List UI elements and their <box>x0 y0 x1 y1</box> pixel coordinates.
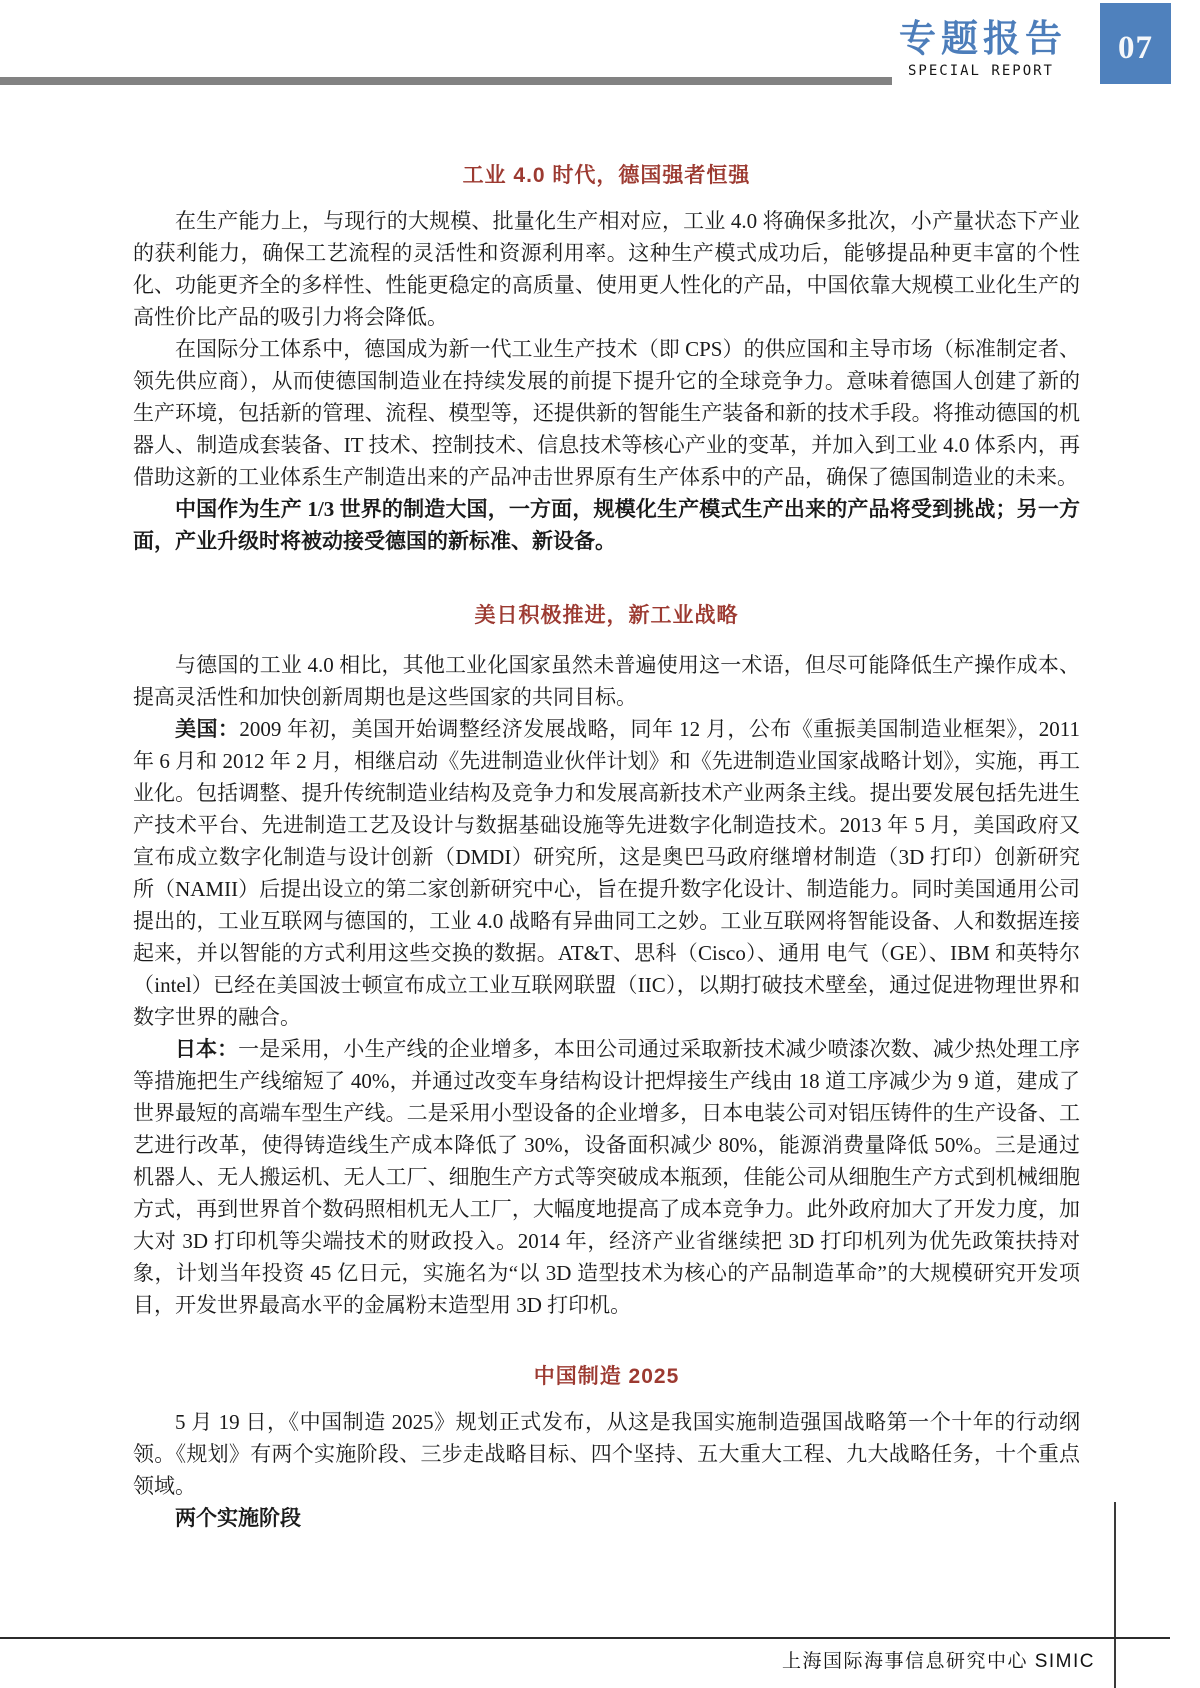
report-type-subtitle: SPECIAL REPORT <box>908 63 1054 79</box>
paragraph: 与德国的工业 4.0 相比，其他工业化国家虽然未普遍使用这一术语，但尽可能降低生… <box>133 649 1080 713</box>
paragraph: 中国作为生产 1/3 世界的制造大国，一方面，规模化生产模式生产出来的产品将受到… <box>133 493 1080 557</box>
report-section: 工业 4.0 时代，德国强者恒强在生产能力上，与现行的大规模、批量化生产相对应，… <box>133 161 1080 557</box>
section-heading: 美日积极推进，新工业战略 <box>133 601 1080 631</box>
paragraph-lead: 美国： <box>175 717 239 741</box>
paragraph: 在国际分工体系中，德国成为新一代工业生产技术（即 CPS）的供应国和主导市场（标… <box>133 333 1080 493</box>
paragraph: 5 月 19 日，《中国制造 2025》规划正式发布，从这是我国实施制造强国战略… <box>133 1406 1080 1502</box>
report-section: 中国制造 20255 月 19 日，《中国制造 2025》规划正式发布，从这是我… <box>133 1362 1080 1534</box>
footer-organization: 上海国际海事信息研究中心 SIMIC <box>782 1646 1095 1673</box>
document-body: 工业 4.0 时代，德国强者恒强在生产能力上，与现行的大规模、批量化生产相对应，… <box>133 85 1080 1534</box>
paragraph: 在生产能力上，与现行的大规模、批量化生产相对应，工业 4.0 将确保多批次，小产… <box>133 205 1080 333</box>
report-type-title: 专题报告 <box>899 18 1067 60</box>
report-page: 专题报告 SPECIAL REPORT 07 工业 4.0 时代，德国强者恒强在… <box>0 0 1200 1688</box>
paragraph: 美国：2009 年初，美国开始调整经济发展战略，同年 12 月，公布《重振美国制… <box>133 713 1080 1033</box>
header-rule <box>0 77 892 85</box>
section-heading: 工业 4.0 时代，德国强者恒强 <box>133 161 1080 191</box>
report-section: 美日积极推进，新工业战略与德国的工业 4.0 相比，其他工业化国家虽然未普遍使用… <box>133 601 1080 1321</box>
margin-rule <box>1114 1502 1116 1688</box>
page-number-badge: 07 <box>1100 3 1171 84</box>
paragraph: 两个实施阶段 <box>133 1502 1080 1534</box>
page-number: 07 <box>1118 30 1153 67</box>
footer-rule <box>0 1637 1170 1639</box>
paragraph: 日本：一是采用，小生产线的企业增多，本田公司通过采取新技术减少喷漆次数、减少热处… <box>133 1033 1080 1321</box>
paragraph-lead: 日本： <box>175 1037 238 1061</box>
section-heading: 中国制造 2025 <box>133 1362 1080 1392</box>
